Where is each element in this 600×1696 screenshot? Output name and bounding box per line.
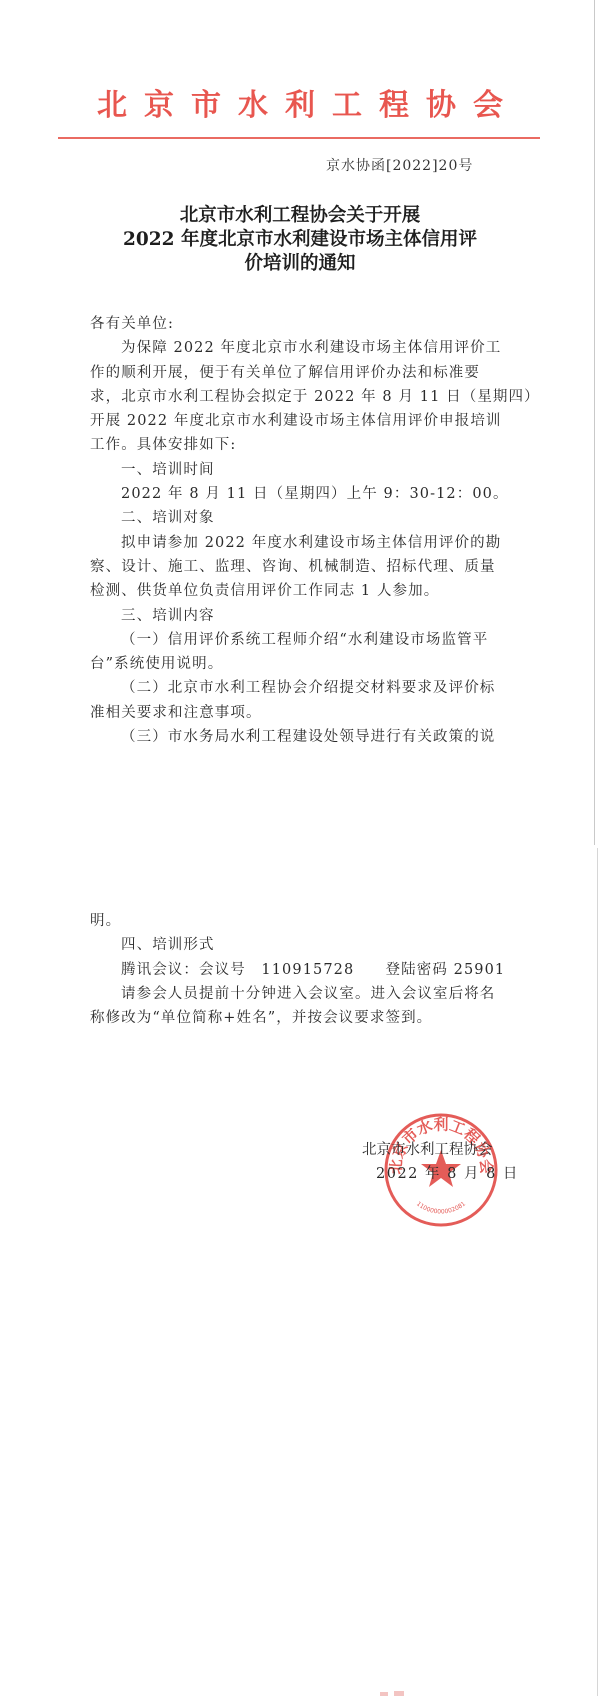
signature-organization: 北京市水利工程协会 — [362, 1138, 519, 1162]
body-line: 察、设计、施工、监理、咨询、机械制造、招标代理、质量 — [90, 555, 510, 579]
body-line: （一）信用评价系统工程师介绍“水利建设市场监管平 — [90, 628, 510, 652]
body-line: 请参会人员提前十分钟进入会议室。进入会议室后将名 — [90, 982, 510, 1006]
notice-title: 北京市水利工程协会关于开展 2022 年度北京市水利建设市场主体信用评 价培训的… — [0, 204, 600, 276]
body-line: 三、培训内容 — [90, 604, 510, 628]
seal-fragment-icon — [360, 1688, 430, 1696]
body-line: 台”系统使用说明。 — [90, 652, 510, 676]
body-line: 四、培训形式 — [90, 933, 510, 957]
body-line: 一、培训时间 — [90, 458, 510, 482]
body-line: 检测、供货单位负责信用评价工作同志 1 人参加。 — [90, 579, 510, 603]
body-line: 准相关要求和注意事项。 — [90, 701, 510, 725]
body-line: （三）市水务局水利工程建设处领导进行有关政策的说 — [90, 725, 510, 749]
body-line: 工作。具体安排如下: — [90, 433, 510, 457]
svg-text:11000000002081: 11000000002081 — [415, 1200, 467, 1215]
body-line: 明。 — [90, 909, 510, 933]
title-line-2: 2022 年度北京市水利建设市场主体信用评 — [0, 228, 600, 252]
page-edge — [597, 848, 598, 1696]
body-line: 拟申请参加 2022 年度水利建设市场主体信用评价的勘 — [90, 531, 510, 555]
document-page-1: 北京市水利工程协会 京水协函[2022]20号 北京市水利工程协会关于开展 20… — [0, 0, 600, 845]
body-line: 作的顺利开展，便于有关单位了解信用评价办法和标准要 — [90, 361, 510, 385]
title-line-1: 北京市水利工程协会关于开展 — [0, 204, 600, 228]
body-line: （二）北京市水利工程协会介绍提交材料要求及评价标 — [90, 676, 510, 700]
document-number: 京水协函[2022]20号 — [326, 156, 473, 176]
body-line: 求，北京市水利工程协会拟定于 2022 年 8 月 11 日（星期四） — [90, 385, 510, 409]
seal-code: 11000000002081 — [415, 1200, 467, 1215]
body-line: 2022 年 8 月 11 日（星期四）上午 9：30-12：00。 — [90, 482, 510, 506]
notice-body-page-2: 明。四、培训形式腾讯会议：会议号 110915728 登陆密码 25901请参会… — [90, 909, 510, 1030]
signature-date: 2022 年 8 月 8 日 — [362, 1162, 519, 1186]
body-line: 二、培训对象 — [90, 506, 510, 530]
body-line: 开展 2022 年度北京市水利建设市场主体信用评价申报培训 — [90, 409, 510, 433]
body-line: 为保障 2022 年度北京市水利建设市场主体信用评价工 — [90, 336, 510, 360]
letterhead-divider — [58, 137, 540, 139]
notice-body-page-1: 各有关单位:为保障 2022 年度北京市水利建设市场主体信用评价工作的顺利开展，… — [90, 312, 510, 749]
body-line: 各有关单位: — [90, 312, 510, 336]
body-line: 腾讯会议：会议号 110915728 登陆密码 25901 — [90, 958, 510, 982]
body-line: 称修改为“单位简称+姓名”，并按会议要求签到。 — [90, 1006, 510, 1030]
page-edge — [594, 0, 595, 847]
letterhead-title: 北京市水利工程协会 — [0, 86, 600, 126]
title-line-3: 价培训的通知 — [0, 252, 600, 276]
signature-block: 北京市水利工程协会 2022 年 8 月 8 日 — [362, 1138, 519, 1186]
